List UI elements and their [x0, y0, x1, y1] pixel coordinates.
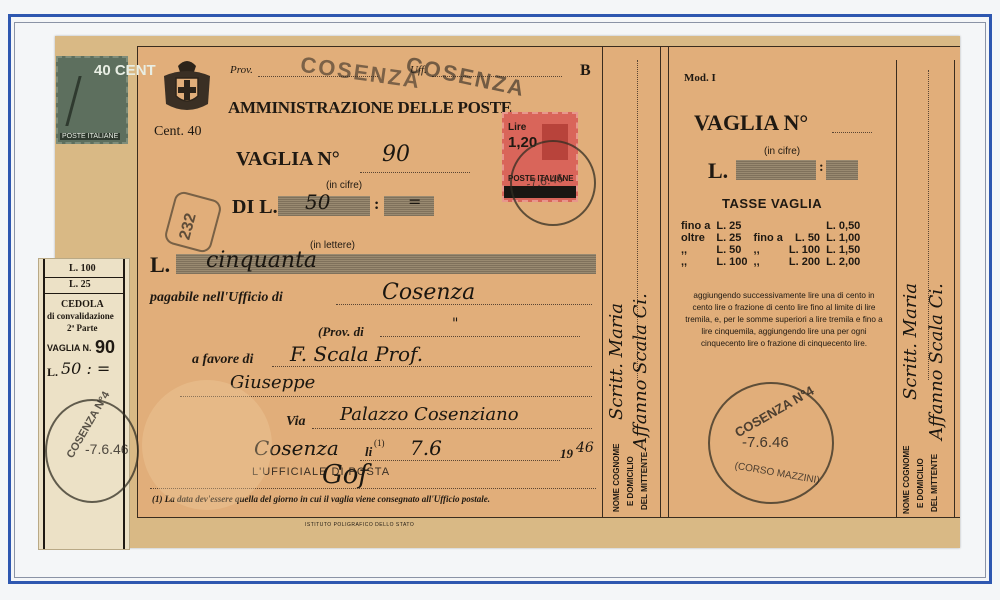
price-label: Cent. 40 [154, 124, 201, 140]
postmark-office: COSENZA N°4 [732, 383, 816, 440]
right-cents-hatch [826, 160, 858, 180]
section-letter: B [580, 62, 591, 80]
right-in-cifre-label: (in cifre) [764, 146, 800, 157]
tariff-cell-fee: L. 2,00 [823, 256, 863, 268]
stub-vaglia-number: 90 [95, 337, 115, 358]
tariff-cell-c3: ,, [751, 256, 786, 268]
tariff-row: oltreL. 25fino aL. 50L. 1,00 [678, 232, 863, 244]
via-line [312, 428, 592, 429]
tariff-cell-c3: fino a [751, 232, 786, 244]
year-prefix: 19 [560, 446, 573, 462]
stub-rule [45, 277, 123, 278]
prov-label: Prov. [230, 64, 253, 76]
a-favore-label: a favore di [192, 352, 253, 368]
a-favore-line [272, 366, 592, 367]
stub-border-right [123, 259, 125, 549]
stub-subtitle: di convalidazione [47, 311, 114, 321]
tariff-row: fino aL. 25L. 0,50 [678, 220, 863, 232]
pagabile-value: Cosenza [382, 280, 475, 305]
prov-di-value: " [452, 316, 458, 332]
tariff-cell-c2: L. 100 [713, 256, 750, 268]
sender-name-handwriting: Scritt. Maria [606, 303, 627, 420]
column-divider-5 [954, 60, 955, 518]
tariff-cell-c4 [786, 220, 823, 232]
vaglia-number-line [360, 172, 470, 173]
right-amount-hatch [736, 160, 816, 180]
tariff-row: ,,L. 100,,L. 200L. 2,00 [678, 256, 863, 268]
in-cifre-label: (in cifre) [326, 180, 362, 191]
emission-seal-area [142, 380, 272, 510]
via-label: Via [286, 414, 305, 430]
tariff-cell-c1: ,, [678, 256, 713, 268]
right-mittente-label: NOME COGNOME [902, 446, 911, 514]
tariff-row: ,,L. 50,,L. 100L. 1,50 [678, 244, 863, 256]
stamp-caption: POSTE ITALIANE [60, 133, 120, 140]
stub-postmark: COSENZA N°4 -7.6.46 [45, 399, 139, 503]
column-divider-4 [896, 60, 897, 518]
prov-di-line [380, 336, 580, 337]
right-vaglia-line [832, 132, 872, 133]
pagabile-label: pagabile nell'Ufficio di [150, 290, 283, 306]
tariff-cell-c4: L. 50 [786, 232, 823, 244]
savoy-crest-icon [158, 56, 216, 116]
stub-row-100: L. 100 [69, 263, 96, 274]
stub-postmark-date: -7.6.46 [85, 441, 129, 457]
right-amount-prefix: L. [708, 158, 728, 184]
stub-amount-prefix: L. [47, 365, 58, 380]
amount-prefix: DI L. [232, 196, 278, 219]
stub-part: 2ª Parte [67, 323, 97, 333]
official-signature: Gof [322, 460, 368, 490]
column-divider-1 [602, 46, 603, 518]
prov-di-label: (Prov. di [318, 324, 364, 340]
column-divider-2 [660, 46, 661, 518]
right-sender-name-handwriting: Scritt. Maria [900, 283, 921, 400]
bottom-rule [137, 517, 960, 518]
registration-number: 232 [176, 211, 200, 241]
administration-header: AMMINISTRAZIONE DELLE POSTE [228, 98, 512, 118]
tariff-cell-c3: ,, [751, 244, 786, 256]
year-suffix: 46 [576, 440, 594, 456]
tariff-cell-c1: fino a [678, 220, 713, 232]
mittente-label: E DOMICILIO [626, 456, 635, 506]
printer-imprint: ISTITUTO POLIGRAFICO DELLO STATO [305, 522, 414, 528]
amount-cents-value: = [408, 192, 421, 211]
postmark-date: -7.6.46 [525, 171, 564, 191]
right-amount-separator: : [819, 160, 824, 176]
tariff-note: aggiungendo successivamente lire una di … [684, 290, 884, 350]
vaglia-number-value: 90 [382, 142, 410, 167]
tariff-cell-c1: oltre [678, 232, 713, 244]
tariff-table: fino aL. 25L. 0,50oltreL. 25fino aL. 50L… [678, 220, 863, 268]
stamp-currency: Lire [508, 122, 526, 133]
date-line [360, 460, 560, 461]
mittente-label: DEL MITTENTE [640, 452, 649, 510]
right-mittente-label: DEL MITTENTE [930, 454, 939, 512]
sender-address-handwriting: Affanno Scala Ci. [630, 293, 651, 450]
right-mittente-label: E DOMICILIO [916, 458, 925, 508]
tariff-cell-c2: L. 25 [713, 220, 750, 232]
stub-border-left [43, 259, 45, 549]
via-value: Palazzo Cosenziano [340, 404, 519, 425]
stub-amount-value: 50 : = [61, 359, 110, 378]
tariff-cell-c4: L. 100 [786, 244, 823, 256]
stamp-40-cent: 40 CENT POSTE ITALIANE [56, 56, 128, 144]
mod-label: Mod. I [684, 72, 716, 84]
olive-branch-icon [65, 76, 107, 126]
tariff-cell-c2: L. 50 [713, 244, 750, 256]
right-sender-address-handwriting: Affanno Scala Ci. [926, 283, 947, 440]
mittente-label: NOME COGNOME [612, 444, 621, 512]
amount-words-prefix: L. [150, 252, 170, 278]
li-label: li [365, 444, 372, 460]
postmark-cosenza-right: COSENZA N°4 -7.6.46 (CORSO MAZZINI) [708, 382, 834, 504]
stub-title: CEDOLA [61, 299, 104, 310]
a-favore-value: F. Scala Prof. [290, 342, 423, 366]
stub-rule [45, 293, 123, 294]
cedola-stub: L. 100 L. 25 CEDOLA di convalidazione 2ª… [38, 258, 130, 550]
tariff-cell-c2: L. 25 [713, 232, 750, 244]
tariff-cell-c3 [751, 220, 786, 232]
postmark-cosenza: -7.6.46 [510, 140, 596, 226]
amount-separator: : [374, 196, 379, 214]
column-divider-3 [668, 46, 669, 518]
stub-vaglia-label: VAGLIA N. [47, 343, 92, 353]
vaglia-number-label: VAGLIA N° [236, 148, 340, 171]
right-vaglia-label: VAGLIA N° [694, 110, 808, 136]
tariff-cell-c4: L. 200 [786, 256, 823, 268]
tariff-cell-fee: L. 1,00 [823, 232, 863, 244]
footnote-ref: (1) [374, 438, 385, 448]
tariff-cell-c1: ,, [678, 244, 713, 256]
postmark-date: -7.6.46 [742, 434, 789, 451]
amount-lire-value: 50 [305, 190, 330, 214]
stub-row-25: L. 25 [69, 279, 91, 290]
amount-words-value: cinquanta [206, 248, 317, 273]
tariff-cell-fee: L. 1,50 [823, 244, 863, 256]
postmark-street: (CORSO MAZZINI) [734, 461, 821, 487]
date-value: 7.6 [410, 436, 442, 460]
top-rule [137, 46, 960, 47]
tariff-cell-fee: L. 0,50 [823, 220, 863, 232]
tasse-vaglia-title: TASSE VAGLIA [722, 196, 822, 211]
